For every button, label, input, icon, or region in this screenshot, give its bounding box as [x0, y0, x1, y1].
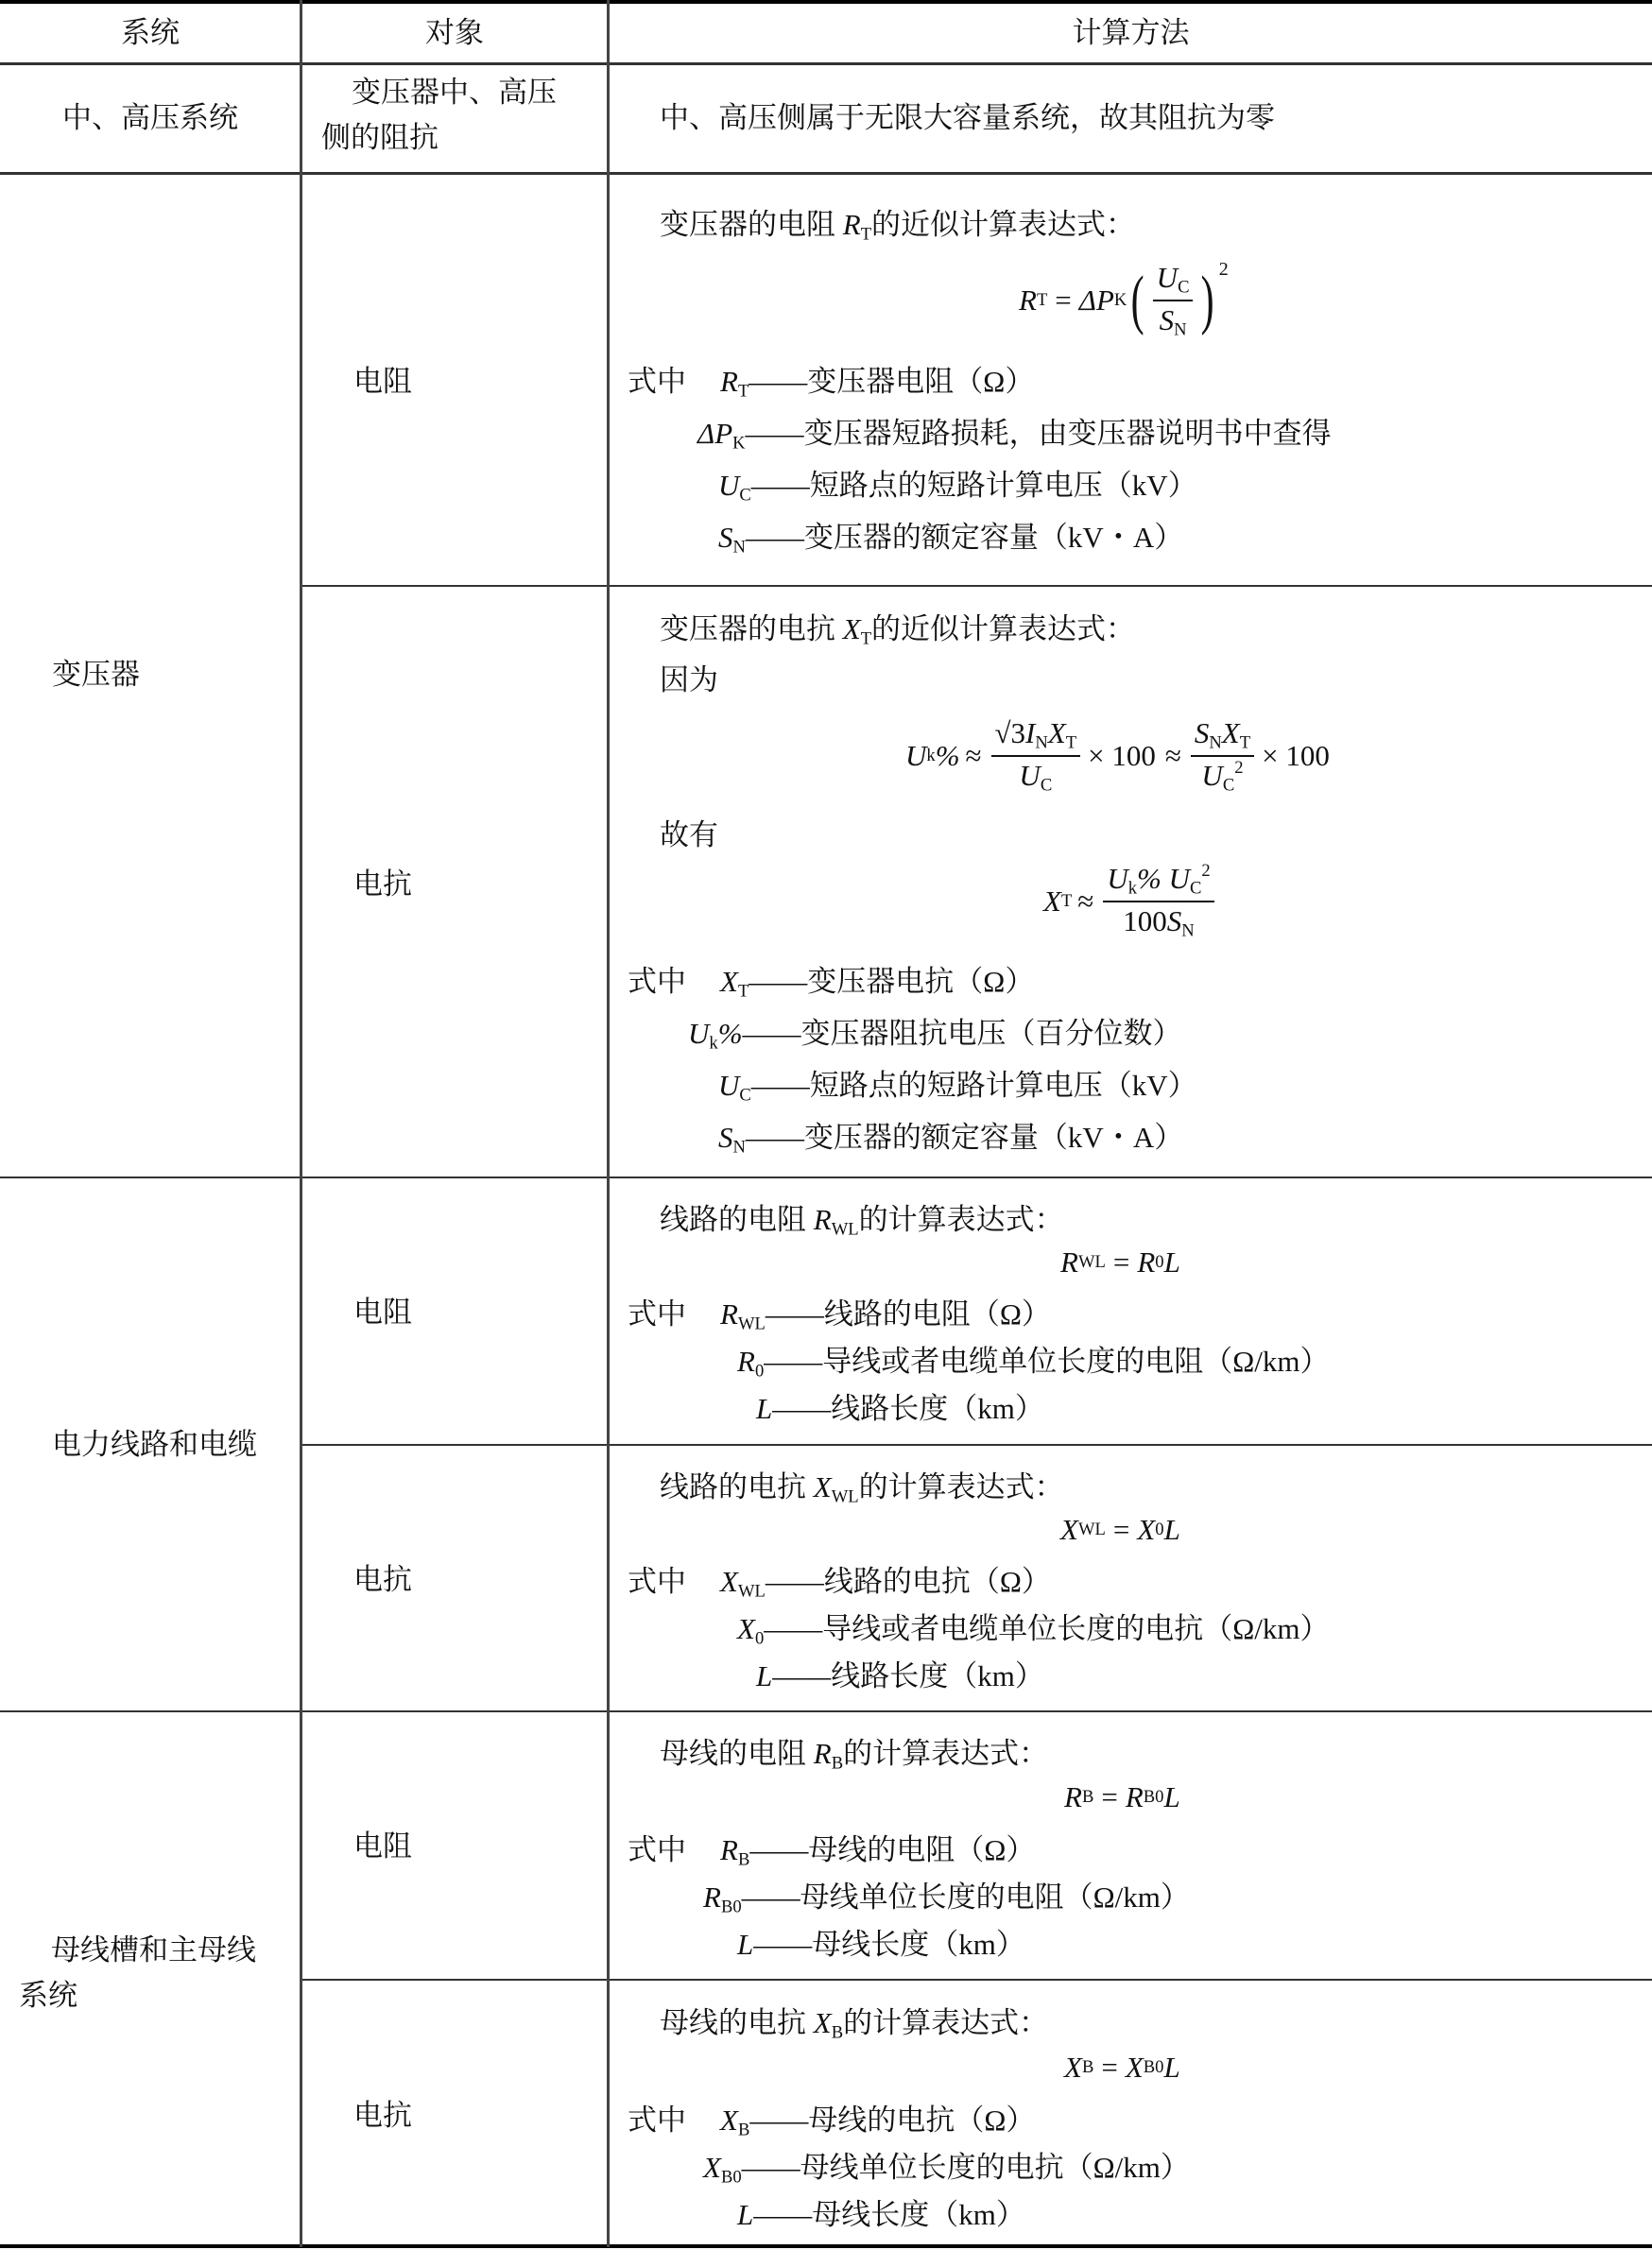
definition-item: SN——变压器的额定容量（kV・A） — [718, 1113, 1183, 1159]
definition-item: R0——导线或者电缆单位长度的电阻（Ω/km） — [737, 1337, 1330, 1383]
object-cell: 电阻 — [353, 359, 412, 404]
where-label: 式中 — [628, 2096, 686, 2138]
definition-item: L——母线长度（km） — [737, 1920, 1025, 1963]
system-cell: 变压器 — [52, 652, 140, 697]
definition-item: RB——母线的电阻（Ω） — [720, 1826, 1035, 1871]
row-divider — [0, 1177, 1652, 1178]
system-cell: 母线槽和主母线 系统 — [19, 1928, 298, 2018]
definition-item: XB——母线的电抗（Ω） — [720, 2096, 1035, 2141]
system-label: 变压器 — [52, 658, 140, 691]
definition-item: RWL——线路的电阻（Ω） — [720, 1290, 1051, 1335]
impedance-calculation-table: 系统 对象 计算方法 中、高压系统 变压器中、高压 侧的阻抗 中、高压侧属于无限… — [0, 0, 1652, 2250]
method-text: 中、高压侧属于无限大容量系统，故其阻抗为零 — [660, 95, 1275, 141]
method-intro: 母线的电抗 XB的计算表达式： — [660, 1999, 1048, 2044]
row-divider — [0, 1710, 1652, 1712]
object-label: 电抗 — [353, 867, 412, 901]
system-cell: 中、高压系统 — [0, 65, 301, 172]
column-divider — [300, 0, 302, 2247]
row-divider — [0, 172, 1652, 175]
object-label: 电抗 — [353, 2099, 412, 2132]
row-divider — [301, 585, 1652, 587]
formula-rb: RB=RB0L — [1064, 1780, 1180, 1814]
object-cell: 电阻 — [353, 1290, 412, 1335]
header-label: 对象 — [425, 10, 484, 56]
object-label: 电阻 — [353, 1296, 412, 1329]
definition-item: UC——短路点的短路计算电压（kV） — [718, 1061, 1197, 1107]
definition-item: Uk%——变压器阻抗电压（百分位数） — [688, 1009, 1182, 1055]
table-bottom-rule — [0, 2244, 1652, 2248]
formula-uk: Uk% ≈ √3INXTUC × 100 ≈ SNXTUC2 × 100 — [905, 709, 1334, 803]
definition-item: L——母线长度（km） — [737, 2190, 1025, 2233]
header-object: 对象 — [302, 4, 607, 62]
row-divider — [301, 1979, 1652, 1981]
method-intro: 线路的电抗 XWL的计算表达式： — [660, 1463, 1064, 1508]
method-intro: 线路的电阻 RWL的计算表达式： — [660, 1195, 1064, 1241]
object-cell: 电抗 — [353, 1557, 412, 1603]
where-label: 式中 — [628, 1826, 686, 1868]
because-label: 因为 — [660, 656, 718, 698]
where-label: 式中 — [628, 957, 686, 1000]
system-label: 电力线路和电缆 — [52, 1428, 257, 1461]
method-intro: 母线的电阻 RB的计算表达式： — [660, 1729, 1048, 1775]
formula-xt: XT ≈ Uk% UC2100SN — [1043, 854, 1218, 949]
header-system: 系统 — [0, 4, 301, 62]
definition-item: RB0——母线单位长度的电阻（Ω/km） — [703, 1873, 1190, 1918]
object-cell: 电抗 — [353, 2093, 412, 2138]
object-label-line: 变压器中、高压 — [321, 70, 605, 115]
method-intro: 变压器的电阻 RT的近似计算表达式： — [660, 200, 1135, 246]
definition-item: RT——变压器电阻（Ω） — [720, 357, 1034, 403]
therefore-label: 故有 — [660, 811, 718, 853]
formula-xb: XB=XB0L — [1064, 2051, 1180, 2085]
system-label-line: 母线槽和主母线 — [19, 1928, 298, 1973]
definition-item: L——线路长度（km） — [756, 1384, 1044, 1427]
definition-item: X0——导线或者电缆单位长度的电抗（Ω/km） — [737, 1605, 1330, 1650]
column-divider — [607, 0, 610, 2247]
formula-rwl: RWL=R0L — [1060, 1245, 1180, 1280]
row-divider — [301, 1444, 1652, 1446]
system-label: 中、高压系统 — [62, 95, 238, 141]
where-label: 式中 — [628, 357, 686, 400]
definition-item: L——线路长度（km） — [756, 1652, 1044, 1694]
definition-item: XWL——线路的电抗（Ω） — [720, 1557, 1051, 1603]
definition-item: ΔPK——变压器短路损耗，由变压器说明书中查得 — [697, 409, 1332, 455]
formula-xwl: XWL=X0L — [1060, 1513, 1180, 1547]
header-label: 系统 — [121, 10, 180, 56]
formula-rt: RT = ΔPK ( UCSN )2 — [1019, 253, 1229, 348]
definition-item: SN——变压器的额定容量（kV・A） — [718, 513, 1183, 558]
definition-item: UC——短路点的短路计算电压（kV） — [718, 461, 1197, 507]
object-label: 电抗 — [353, 1563, 412, 1596]
object-cell: 电阻 — [353, 1824, 412, 1869]
header-method: 计算方法 — [610, 4, 1652, 62]
where-label: 式中 — [628, 1290, 686, 1332]
system-cell: 电力线路和电缆 — [52, 1422, 257, 1468]
header-label: 计算方法 — [1073, 10, 1190, 56]
where-label: 式中 — [628, 1557, 686, 1600]
object-cell: 电抗 — [353, 862, 412, 907]
object-label: 电阻 — [353, 1829, 412, 1863]
definition-item: XT——变压器电抗（Ω） — [720, 957, 1034, 1003]
method-intro: 变压器的电抗 XT的近似计算表达式： — [660, 605, 1135, 650]
object-label: 电阻 — [353, 365, 412, 398]
object-label-line: 侧的阻抗 — [321, 115, 605, 161]
object-cell: 变压器中、高压 侧的阻抗 — [321, 70, 605, 161]
system-label-line: 系统 — [19, 1973, 298, 2018]
method-cell: 中、高压侧属于无限大容量系统，故其阻抗为零 — [660, 65, 1643, 172]
definition-item: XB0——母线单位长度的电抗（Ω/km） — [703, 2143, 1190, 2189]
